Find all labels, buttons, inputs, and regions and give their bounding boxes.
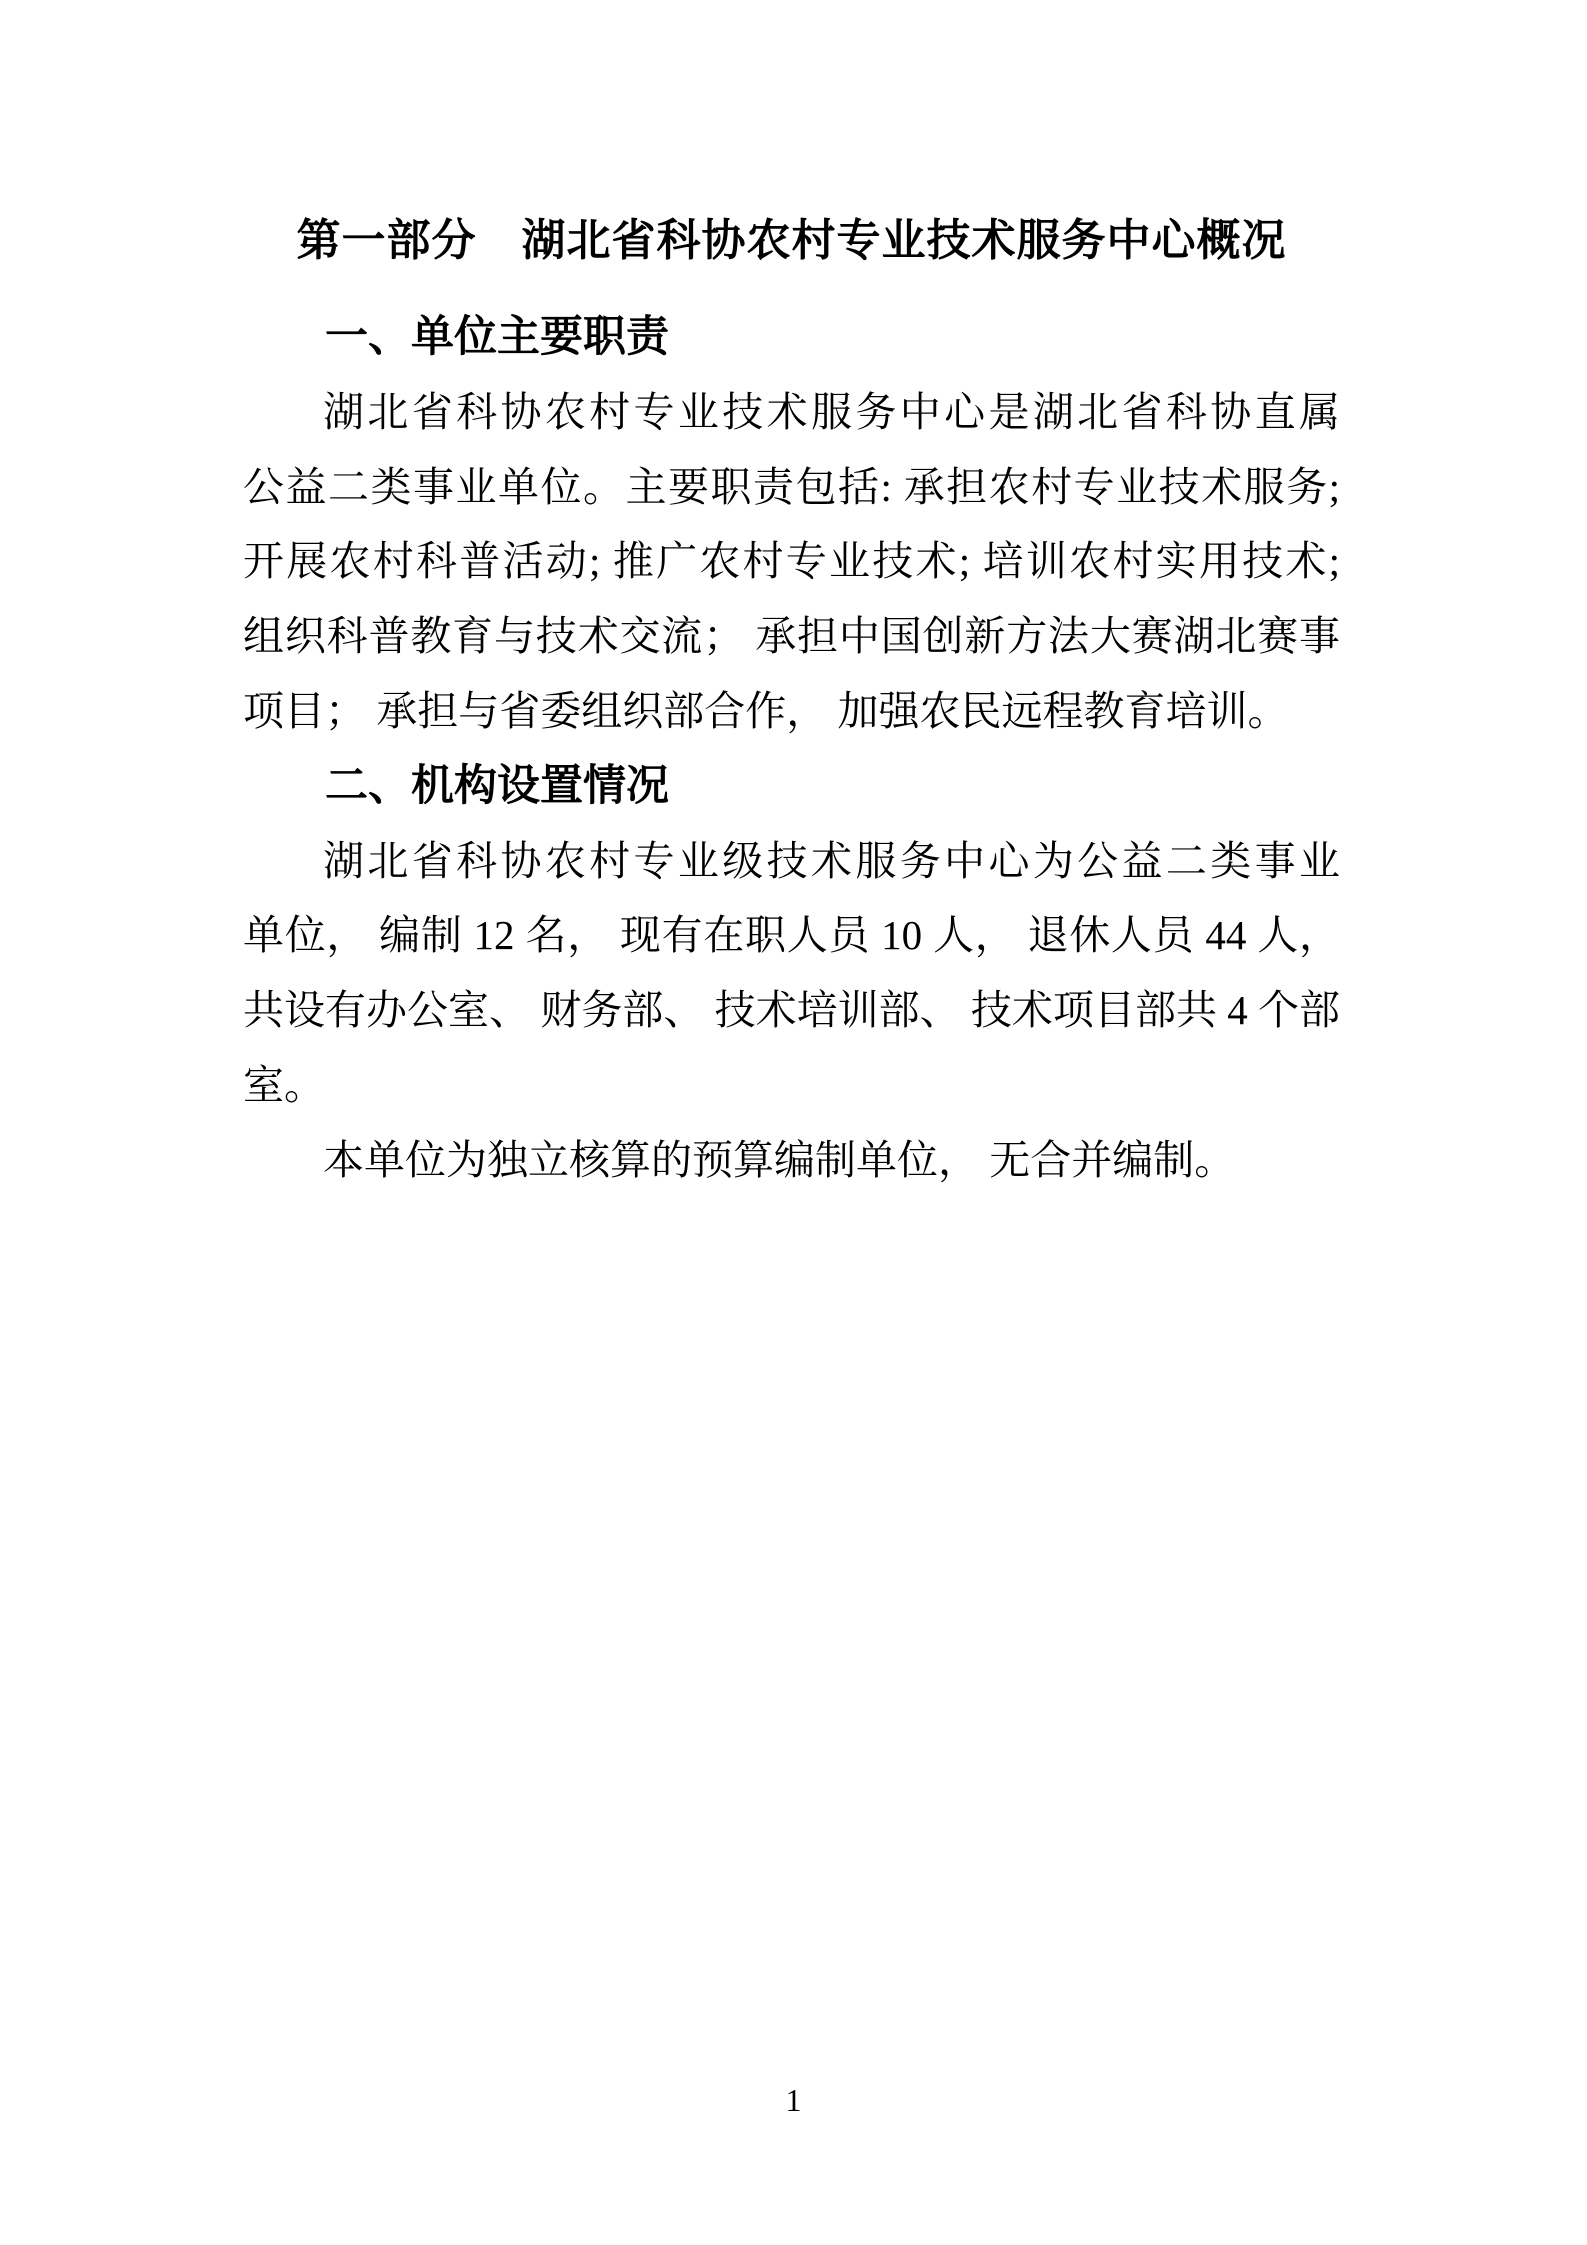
body-line: 项目； 承担与省委组织部合作， 加强农民远程教育培训。 — [243, 674, 1340, 749]
body-line: 单位， 编制 12 名， 现有在职人员 10 人， 退休人员 44 人， — [243, 898, 1340, 973]
section-2-heading: 二、机构设置情况 — [243, 749, 1340, 824]
document-page: 第一部分 湖北省科协农村专业技术服务中心概况 一、单位主要职责 湖北省科协农村专… — [0, 0, 1587, 2245]
body-line: 共设有办公室、 财务部、 技术培训部、 技术项目部共 4 个部 — [243, 973, 1340, 1048]
body-line: 本单位为独立核算的预算编制单位， 无合并编制。 — [243, 1123, 1340, 1198]
body-line: 公益二类事业单位。主要职责包括: 承担农村专业技术服务; — [243, 450, 1340, 525]
body-line: 室。 — [243, 1048, 1340, 1123]
part-title: 第一部分 湖北省科协农村专业技术服务中心概况 — [243, 204, 1340, 278]
section-1-heading: 一、单位主要职责 — [243, 300, 1340, 375]
body-line: 组织科普教育与技术交流； 承担中国创新方法大赛湖北赛事 — [243, 599, 1340, 674]
page-number: 1 — [0, 2070, 1587, 2130]
body-line: 湖北省科协农村专业技术服务中心是湖北省科协直属 — [243, 375, 1340, 450]
section-2-paragraph-2: 本单位为独立核算的预算编制单位， 无合并编制。 — [243, 1123, 1340, 1198]
section-2-paragraph-1: 湖北省科协农村专业级技术服务中心为公益二类事业 单位， 编制 12 名， 现有在… — [243, 824, 1340, 1123]
page-content: 第一部分 湖北省科协农村专业技术服务中心概况 一、单位主要职责 湖北省科协农村专… — [243, 204, 1340, 1198]
body-line: 开展农村科普活动; 推广农村专业技术; 培训农村实用技术; — [243, 524, 1340, 599]
body-line: 湖北省科协农村专业级技术服务中心为公益二类事业 — [243, 824, 1340, 899]
section-1-paragraph: 湖北省科协农村专业技术服务中心是湖北省科协直属 公益二类事业单位。主要职责包括:… — [243, 375, 1340, 749]
